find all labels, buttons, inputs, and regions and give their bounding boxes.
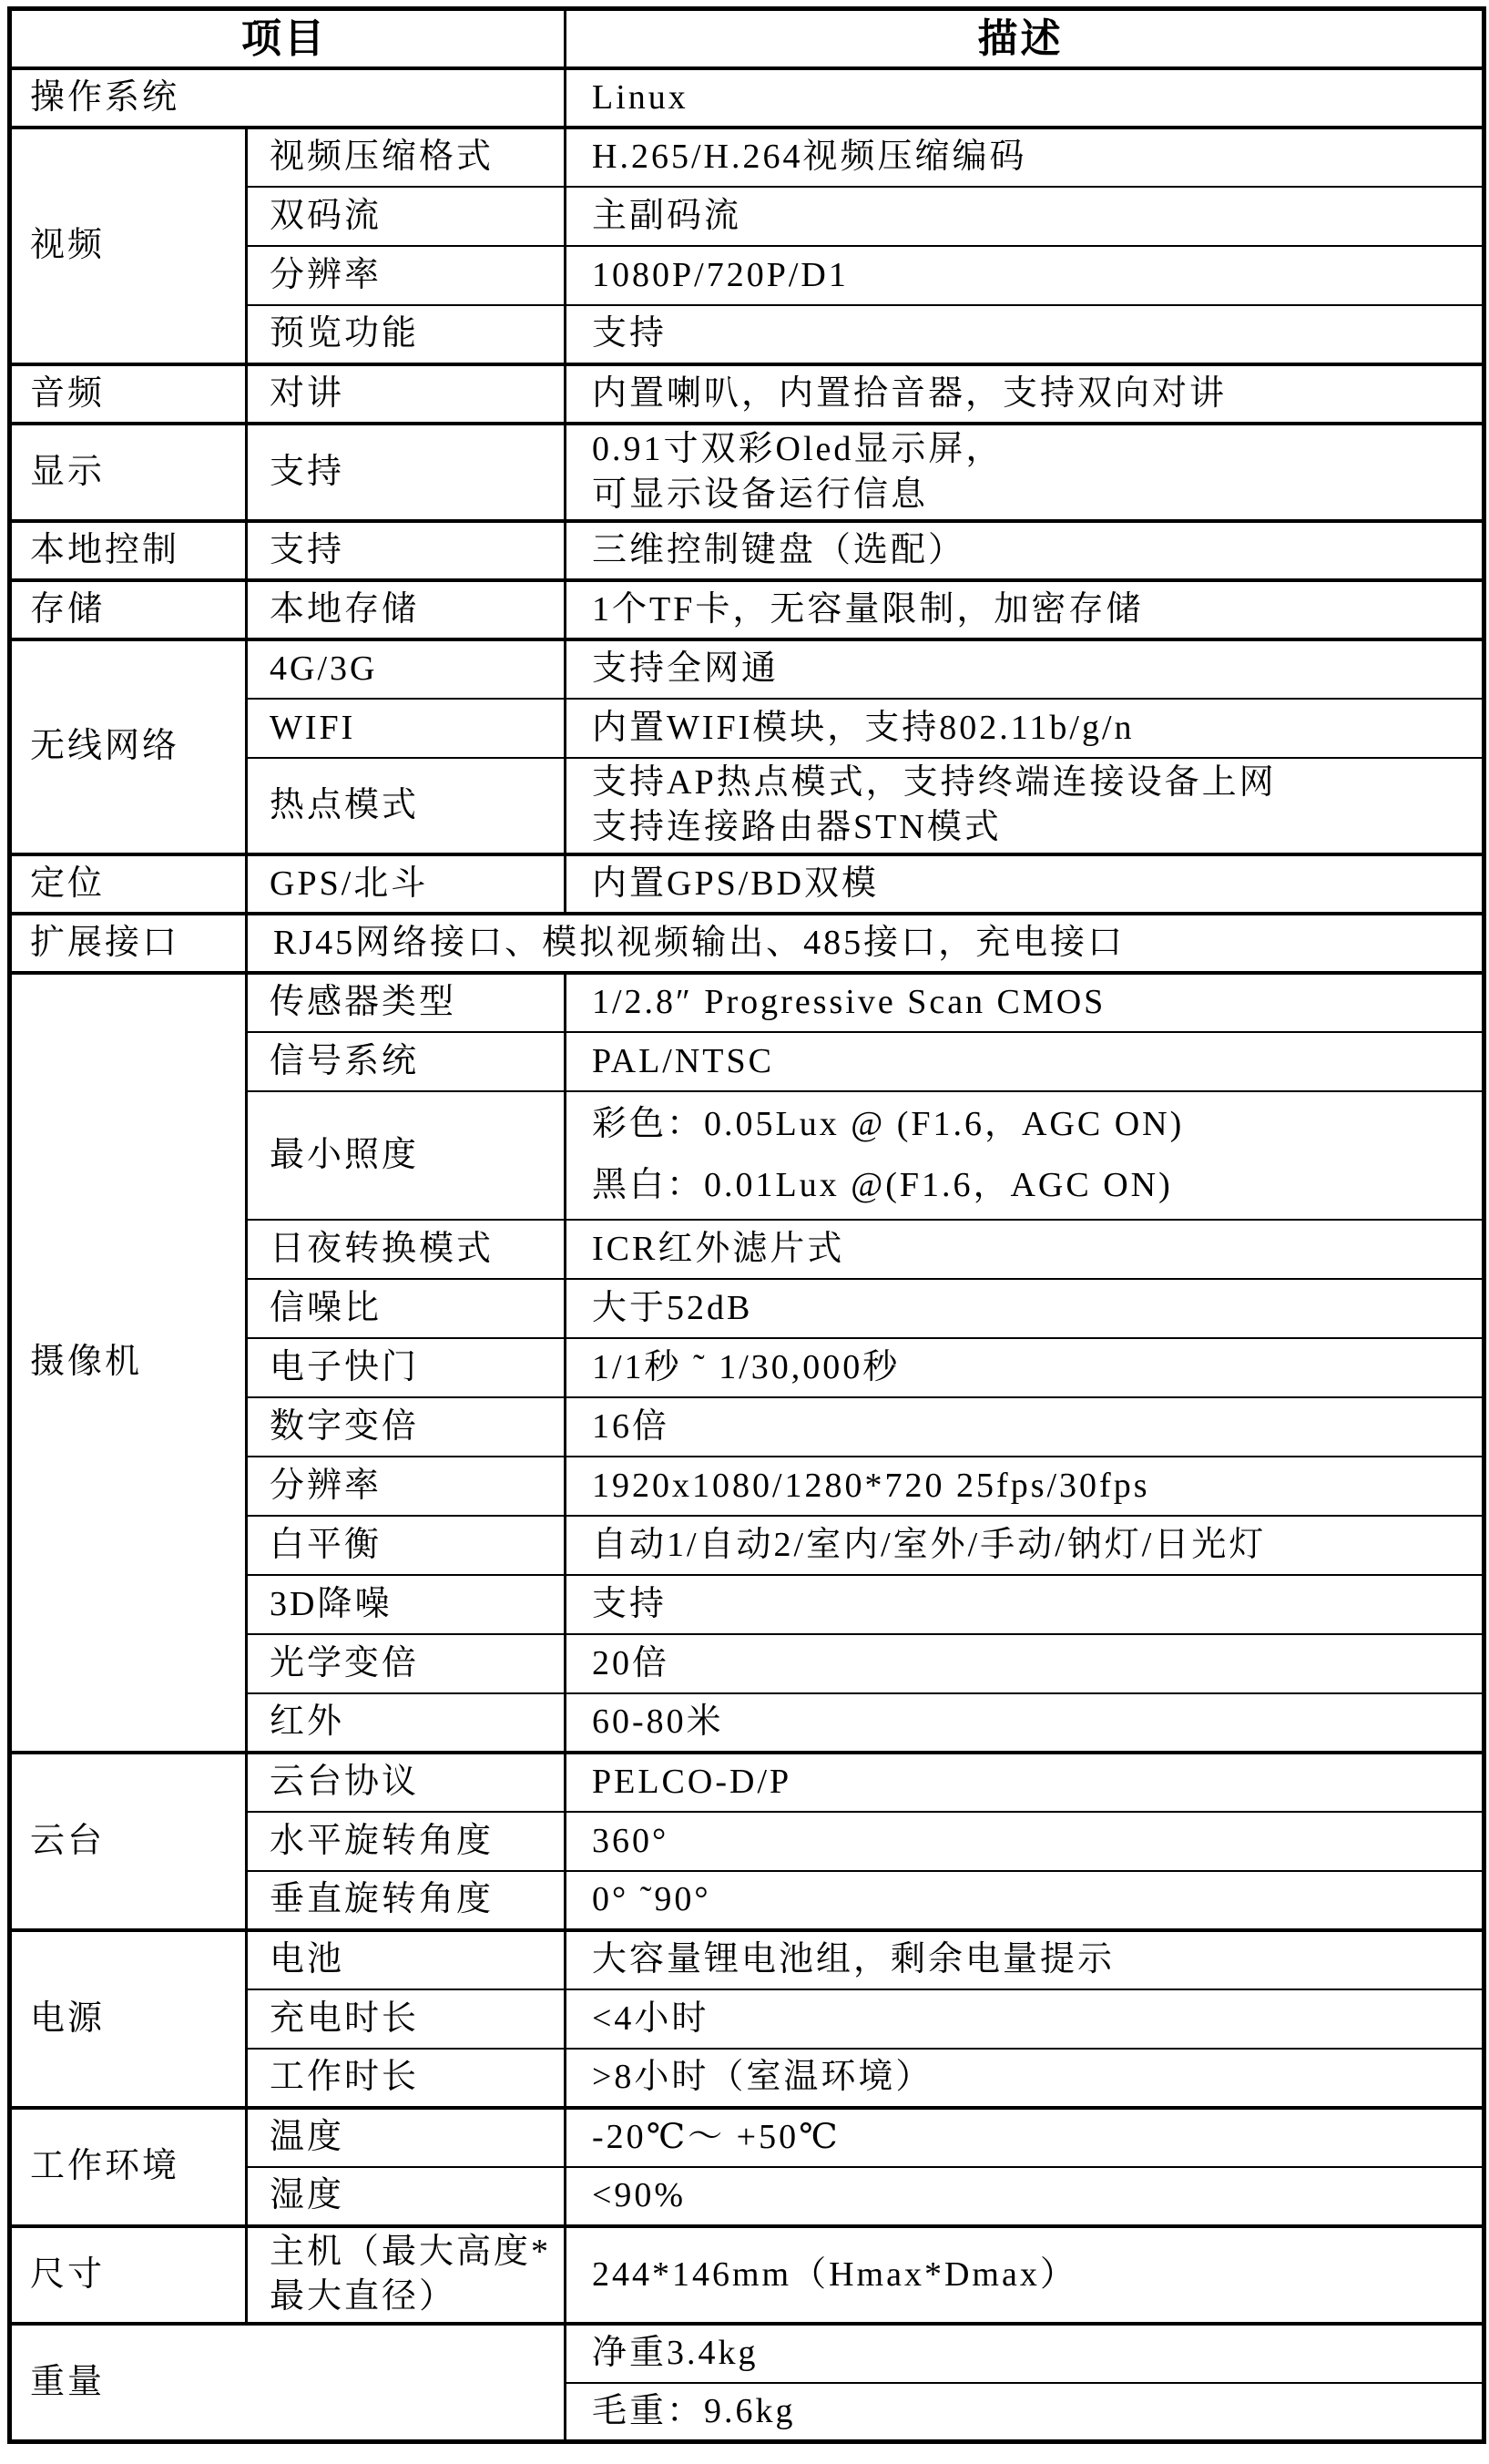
table-row: 视频 视频压缩格式 H.265/H.264视频压缩编码 — [10, 128, 1484, 187]
sub-item-cell: 视频压缩格式 — [247, 128, 566, 187]
sub-item-cell: 支持 — [247, 424, 566, 521]
value-cell: RJ45网络接口、模拟视频输出、485接口，充电接口 — [247, 914, 1484, 973]
value-cell: Linux — [566, 68, 1484, 128]
sub-item-cell: 双码流 — [247, 187, 566, 246]
sub-item-cell: WIFI — [247, 699, 566, 758]
value-cell: <90% — [566, 2167, 1484, 2226]
group-label-cell: 无线网络 — [10, 639, 247, 854]
table-row: 云台 云台协议 PELCO-D/P — [10, 1753, 1484, 1812]
table-row: 本地控制 支持 三维控制键盘（选配） — [10, 521, 1484, 580]
sub-item-cell: 日夜转换模式 — [247, 1220, 566, 1279]
sub-item-cell: 主机（最大高度*最大直径） — [247, 2226, 566, 2324]
group-label-cell: 重量 — [10, 2324, 566, 2442]
sub-item-cell: 云台协议 — [247, 1753, 566, 1812]
value-cell: 自动1/自动2/室内/室外/手动/钠灯/日光灯 — [566, 1516, 1484, 1575]
value-cell: 主副码流 — [566, 187, 1484, 246]
sub-item-cell: 数字变倍 — [247, 1397, 566, 1457]
sub-item-cell: GPS/北斗 — [247, 854, 566, 914]
value-cell: ICR红外滤片式 — [566, 1220, 1484, 1279]
value-cell: PAL/NTSC — [566, 1032, 1484, 1091]
value-cell: -20℃～ +50℃ — [566, 2108, 1484, 2167]
header-desc-cell: 描述 — [566, 9, 1484, 69]
value-cell: 净重3.4kg — [566, 2324, 1484, 2383]
sub-item-cell: 光学变倍 — [247, 1634, 566, 1693]
spec-table: 项目 描述 操作系统 Linux 视频 视频压缩格式 H.265/H.264视频… — [7, 6, 1486, 2444]
value-cell: 毛重：9.6kg — [566, 2383, 1484, 2442]
sub-item-cell: 本地存储 — [247, 580, 566, 639]
value-cell: 20倍 — [566, 1634, 1484, 1693]
table-row: 音频 对讲 内置喇叭，内置拾音器，支持双向对讲 — [10, 364, 1484, 424]
sub-item-cell: 湿度 — [247, 2167, 566, 2226]
group-label-cell: 工作环境 — [10, 2108, 247, 2226]
value-cell: 16倍 — [566, 1397, 1484, 1457]
group-label-cell: 定位 — [10, 854, 247, 914]
value-cell: PELCO-D/P — [566, 1753, 1484, 1812]
value-cell: 0.91寸双彩Oled显示屏， 可显示设备运行信息 — [566, 424, 1484, 521]
value-cell: 彩色：0.05Lux @ (F1.6，AGC ON) 黑白：0.01Lux @(… — [566, 1091, 1484, 1220]
table-row: 显示 支持 0.91寸双彩Oled显示屏， 可显示设备运行信息 — [10, 424, 1484, 521]
table-row: 电源 电池 大容量锂电池组，剩余电量提示 — [10, 1930, 1484, 1989]
sub-item-cell: 预览功能 — [247, 305, 566, 364]
sub-item-cell: 信号系统 — [247, 1032, 566, 1091]
value-cell: 1/2.8″ Progressive Scan CMOS — [566, 973, 1484, 1032]
sub-item-cell: 充电时长 — [247, 1989, 566, 2049]
value-cell: 1个TF卡，无容量限制，加密存储 — [566, 580, 1484, 639]
spec-sheet-page: 项目 描述 操作系统 Linux 视频 视频压缩格式 H.265/H.264视频… — [0, 0, 1489, 2464]
sub-item-cell: 分辨率 — [247, 1457, 566, 1516]
table-row: 扩展接口 RJ45网络接口、模拟视频输出、485接口，充电接口 — [10, 914, 1484, 973]
sub-item-cell: 传感器类型 — [247, 973, 566, 1032]
sub-item-cell: 红外 — [247, 1693, 566, 1753]
group-label-cell: 视频 — [10, 128, 247, 364]
value-cell: 内置喇叭，内置拾音器，支持双向对讲 — [566, 364, 1484, 424]
value-cell: H.265/H.264视频压缩编码 — [566, 128, 1484, 187]
table-row: 摄像机 传感器类型 1/2.8″ Progressive Scan CMOS — [10, 973, 1484, 1032]
value-cell: 大于52dB — [566, 1279, 1484, 1338]
sub-item-cell: 最小照度 — [247, 1091, 566, 1220]
sub-item-cell: 水平旋转角度 — [247, 1812, 566, 1871]
value-cell: 1/1秒 ˜ 1/30,000秒 — [566, 1338, 1484, 1397]
value-cell: 支持AP热点模式，支持终端连接设备上网 支持连接路由器STN模式 — [566, 758, 1484, 854]
value-cell: 支持 — [566, 305, 1484, 364]
sub-item-cell: 温度 — [247, 2108, 566, 2167]
sub-item-cell: 电池 — [247, 1930, 566, 1989]
value-cell: <4小时 — [566, 1989, 1484, 2049]
table-row: 重量 净重3.4kg — [10, 2324, 1484, 2383]
value-cell: 244*146mm（Hmax*Dmax） — [566, 2226, 1484, 2324]
sub-item-cell: 工作时长 — [247, 2049, 566, 2108]
table-row: 操作系统 Linux — [10, 68, 1484, 128]
group-label-cell: 显示 — [10, 424, 247, 521]
value-cell: 1920x1080/1280*720 25fps/30fps — [566, 1457, 1484, 1516]
table-row: 定位 GPS/北斗 内置GPS/BD双模 — [10, 854, 1484, 914]
table-row: 尺寸 主机（最大高度*最大直径） 244*146mm（Hmax*Dmax） — [10, 2226, 1484, 2324]
sub-item-cell: 分辨率 — [247, 246, 566, 305]
value-cell: 支持 — [566, 1575, 1484, 1634]
table-header-row: 项目 描述 — [10, 9, 1484, 69]
value-cell: 360° — [566, 1812, 1484, 1871]
value-cell: 三维控制键盘（选配） — [566, 521, 1484, 580]
value-cell: 内置WIFI模块，支持802.11b/g/n — [566, 699, 1484, 758]
value-cell: 内置GPS/BD双模 — [566, 854, 1484, 914]
value-cell: 支持全网通 — [566, 639, 1484, 699]
sub-item-cell: 支持 — [247, 521, 566, 580]
group-label-cell: 音频 — [10, 364, 247, 424]
table-row: 工作环境 温度 -20℃～ +50℃ — [10, 2108, 1484, 2167]
group-label-cell: 本地控制 — [10, 521, 247, 580]
header-item-cell: 项目 — [10, 9, 566, 69]
sub-item-cell: 热点模式 — [247, 758, 566, 854]
table-row: 存储 本地存储 1个TF卡，无容量限制，加密存储 — [10, 580, 1484, 639]
group-label-cell: 尺寸 — [10, 2226, 247, 2324]
group-label-cell: 扩展接口 — [10, 914, 247, 973]
group-label-cell: 摄像机 — [10, 973, 247, 1753]
sub-item-cell: 白平衡 — [247, 1516, 566, 1575]
sub-item-cell: 对讲 — [247, 364, 566, 424]
value-cell: 60-80米 — [566, 1693, 1484, 1753]
group-label-cell: 电源 — [10, 1930, 247, 2108]
table-row: 无线网络 4G/3G 支持全网通 — [10, 639, 1484, 699]
group-label-cell: 存储 — [10, 580, 247, 639]
value-cell: 0° ˜90° — [566, 1871, 1484, 1930]
sub-item-cell: 3D降噪 — [247, 1575, 566, 1634]
group-label-cell: 操作系统 — [10, 68, 566, 128]
sub-item-cell: 信噪比 — [247, 1279, 566, 1338]
group-label-cell: 云台 — [10, 1753, 247, 1930]
sub-item-cell: 垂直旋转角度 — [247, 1871, 566, 1930]
value-cell: 大容量锂电池组，剩余电量提示 — [566, 1930, 1484, 1989]
sub-item-cell: 电子快门 — [247, 1338, 566, 1397]
sub-item-cell: 4G/3G — [247, 639, 566, 699]
value-cell: >8小时（室温环境） — [566, 2049, 1484, 2108]
value-cell: 1080P/720P/D1 — [566, 246, 1484, 305]
